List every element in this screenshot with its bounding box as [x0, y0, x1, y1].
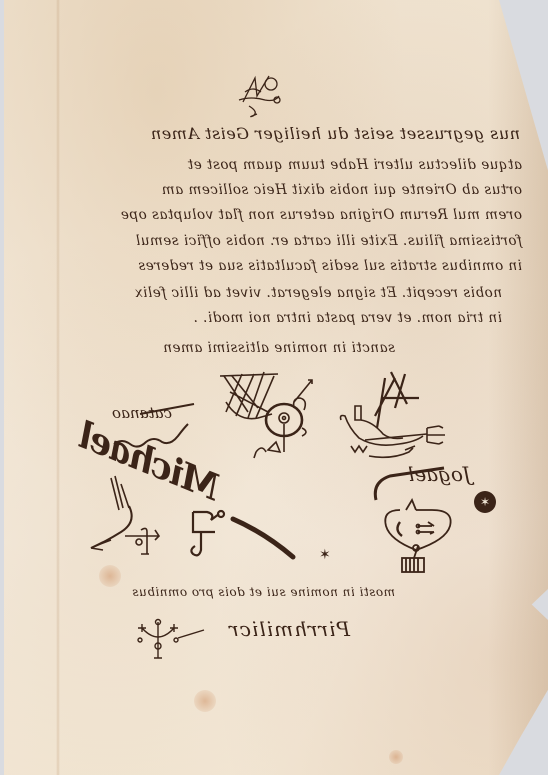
page-fold — [56, 0, 60, 775]
star-icon: ✶ — [319, 547, 331, 563]
text-line: fortissima filius. Exite illi carta er. … — [82, 233, 522, 249]
text-line: nus gegrusset seist du heiliger Geist Am… — [100, 124, 520, 143]
text-line: nobis recepit. Et signa elegerat. vivet … — [82, 285, 502, 301]
worn-edge — [488, 0, 548, 775]
footer-line: mosti in nomine sui et dois pro omnibus — [125, 585, 395, 599]
text-line: sancti in nomine altissimi amen — [175, 340, 395, 356]
text-line: in omnibus stratis sul sedis facultatis … — [82, 258, 522, 274]
footer-name: Pirrhmilicr — [195, 617, 350, 641]
header-sigil-icon — [235, 72, 285, 118]
star-seal-icon: ✶ — [474, 491, 496, 513]
stain — [194, 690, 216, 712]
boat-trident-sigil-icon — [335, 368, 465, 458]
text-line: atque dilectus ulteri Habe tuum quam pos… — [82, 157, 522, 173]
text-line: in tria nom. et vera pasta intra noi mod… — [82, 310, 502, 326]
stain — [389, 750, 403, 764]
mercury-sigil-icon — [138, 618, 208, 663]
text-line: ortus ab Oriente qui nobis dixit Heic so… — [82, 182, 522, 198]
signature-underline-icon: ✶ — [225, 515, 335, 565]
hatched-wheel-sigil-icon — [218, 372, 328, 472]
text-line: orem mul Rerum Origina aeterus non flat … — [82, 207, 522, 223]
heart-sigil-icon — [370, 460, 480, 580]
stain — [99, 565, 121, 587]
